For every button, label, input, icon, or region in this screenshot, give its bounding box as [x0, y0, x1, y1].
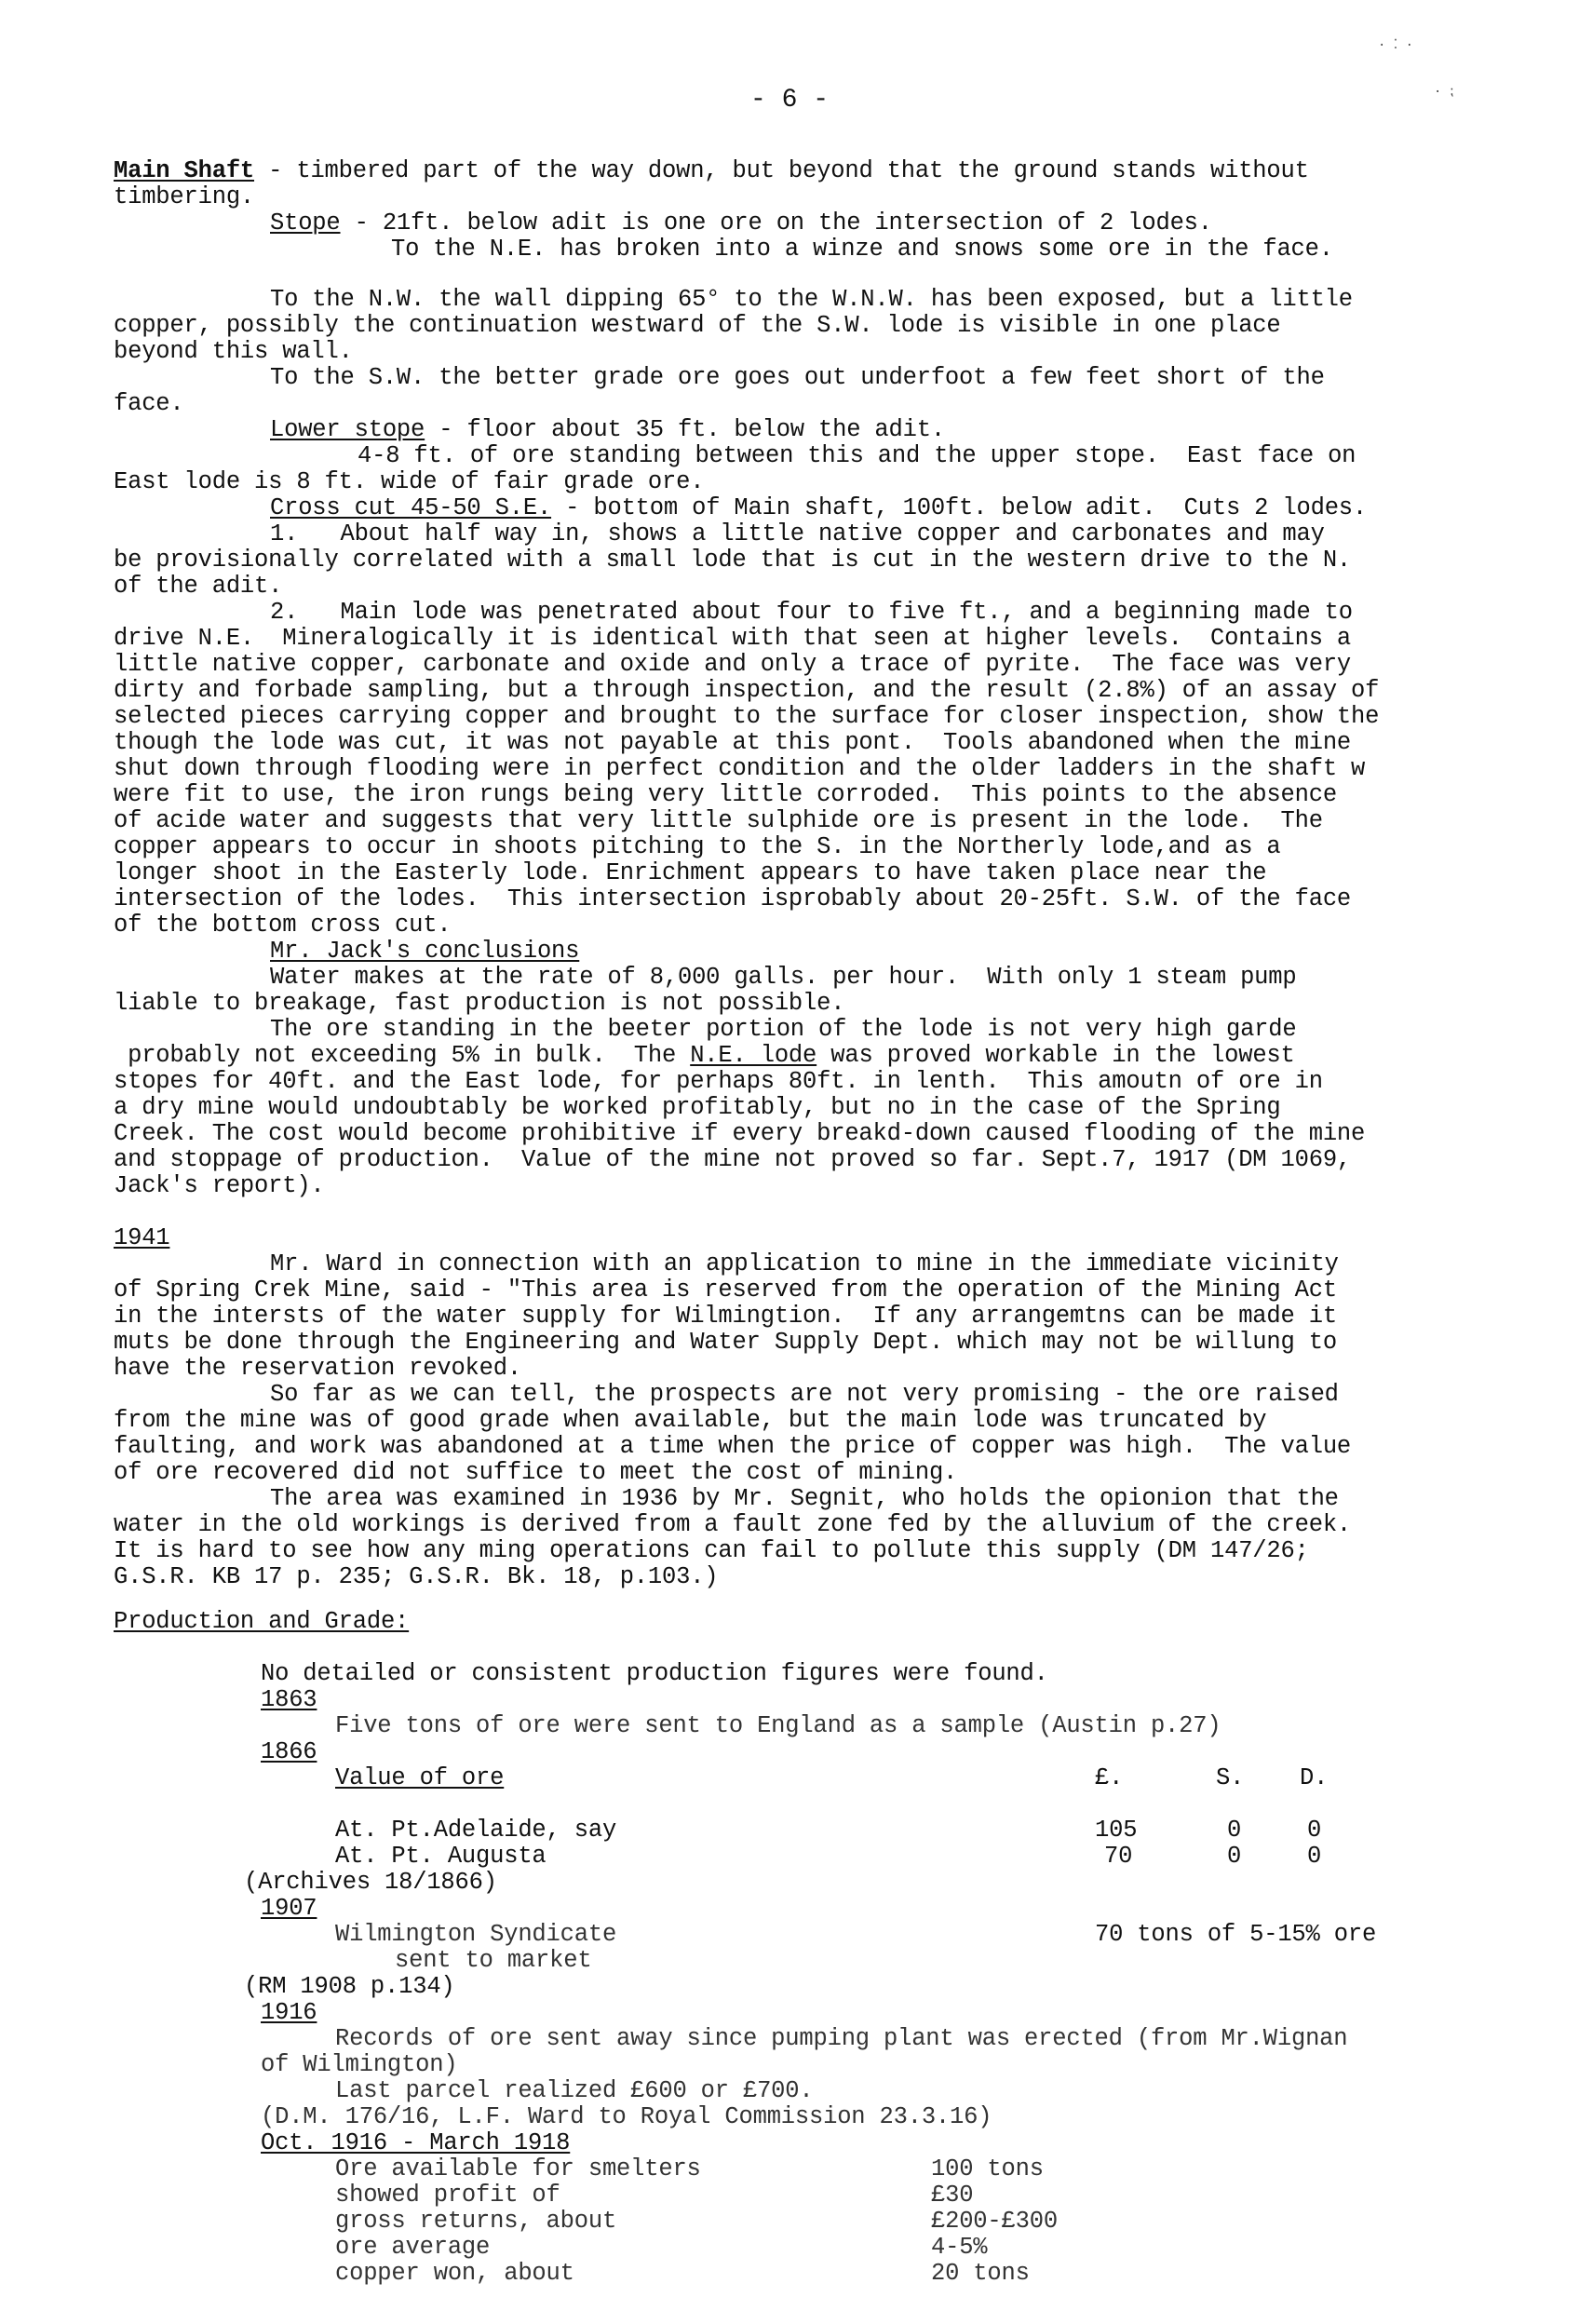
paragraph-line: probably not exceeding 5% in bulk. The N…: [114, 1043, 1295, 1069]
paragraph-line: liable to breakage, fast production is n…: [114, 991, 844, 1017]
table-cell: £200-£300: [931, 2209, 1058, 2235]
stope-heading: Stope: [270, 209, 341, 236]
production-heading: Production and Grade:: [114, 1609, 409, 1635]
year-1863: 1863: [261, 1687, 317, 1713]
paragraph-line: of the adit.: [114, 574, 282, 600]
year-1907-text: Wilmington Syndicate: [335, 1922, 616, 1948]
year-1916-text: Records of ore sent away since pumping p…: [335, 2026, 1347, 2052]
paragraph-line: 1. About half way in, shows a little nat…: [270, 521, 1325, 547]
year-1863-text: Five tons of ore were sent to England as…: [335, 1713, 1221, 1739]
col-shillings: S.: [1216, 1765, 1244, 1791]
table-cell: 105: [1095, 1817, 1137, 1844]
table-row-label: copper won, about: [335, 2261, 574, 2287]
paragraph-line: and stoppage of production. Value of the…: [114, 1147, 1351, 1173]
table-row-label: gross returns, about: [335, 2209, 616, 2235]
table-row-label: Ore available for smelters: [335, 2156, 701, 2182]
paragraph-line: of Spring Crek Mine, said - "This area i…: [114, 1277, 1337, 1304]
paragraph-line: in the intersts of the water supply for …: [114, 1304, 1337, 1330]
paragraph-line: 4-8 ft. of ore standing between this and…: [358, 443, 1356, 469]
year-1941-heading: 1941: [114, 1225, 169, 1251]
year-1907-text: sent to market: [395, 1948, 591, 1974]
paragraph-line: 2. Main lode was penetrated about four t…: [270, 600, 1353, 626]
year-1916-ref: (D.M. 176/16, L.F. Ward to Royal Commiss…: [261, 2104, 992, 2130]
paragraph-line: beyond this wall.: [114, 339, 353, 365]
paragraph-line: muts be done through the Engineering and…: [114, 1330, 1337, 1356]
main-shaft-line-2: timbering.: [114, 184, 254, 210]
paragraph-line: drive N.E. Mineralogically it is identic…: [114, 626, 1351, 652]
year-1916: 1916: [261, 2000, 317, 2026]
paragraph-line: It is hard to see how any ming operation…: [114, 1538, 1309, 1564]
paragraph-line: To the S.W. the better grade ore goes ou…: [270, 365, 1325, 391]
year-1916-text: Last parcel realized £600 or £700.: [335, 2078, 814, 2104]
table-cell: 0: [1227, 1844, 1241, 1870]
table-row-label: ore average: [335, 2235, 490, 2261]
year-1866: 1866: [261, 1739, 317, 1765]
year-1907-ref: (RM 1908 p.134): [244, 1974, 455, 2000]
paragraph-line: stopes for 40ft. and the East lode, for …: [114, 1069, 1323, 1095]
paragraph-line: a dry mine would undoubtably be worked p…: [114, 1095, 1281, 1121]
paragraph-line: The ore standing in the beeter portion o…: [270, 1017, 1296, 1043]
col-pounds: £.: [1095, 1765, 1123, 1791]
table-row-label: showed profit of: [335, 2182, 560, 2209]
paragraph-line: The area was examined in 1936 by Mr. Seg…: [270, 1486, 1339, 1512]
paragraph-line: of acide water and suggests that very li…: [114, 808, 1323, 834]
archives-ref: (Archives 18/1866): [244, 1870, 497, 1896]
year-1916-text: of Wilmington): [261, 2052, 457, 2078]
paragraph-line: of the bottom cross cut.: [114, 912, 451, 939]
paragraph-line: be provisionally correlated with a small…: [114, 547, 1351, 574]
period-heading: Oct. 1916 - March 1918: [261, 2130, 570, 2156]
paragraph-line: water in the old workings is derived fro…: [114, 1512, 1351, 1538]
paragraph-line: faulting, and work was abandoned at a ti…: [114, 1434, 1351, 1460]
paragraph-line: of ore recovered did not suffice to meet…: [114, 1460, 957, 1486]
main-shaft-line-1: Main Shaft - timbered part of the way do…: [114, 158, 1309, 184]
paragraph-line: So far as we can tell, the prospects are…: [270, 1382, 1339, 1408]
stope-line-1: Stope - 21ft. below adit is one ore on t…: [270, 210, 1212, 236]
page-number: - 6 -: [0, 86, 1579, 115]
stope-line-2: To the N.E. has broken into a winze and …: [391, 236, 1333, 263]
col-pence: D.: [1300, 1765, 1328, 1791]
lower-stope-heading: Lower stope: [270, 416, 425, 443]
paragraph-line: were fit to use, the iron rungs being ve…: [114, 782, 1337, 808]
paragraph-line: East lode is 8 ft. wide of fair grade or…: [114, 469, 704, 495]
table-cell: 4-5%: [931, 2235, 987, 2261]
lower-stope-line-1: Lower stope - floor about 35 ft. below t…: [270, 417, 945, 443]
cross-cut-heading: Cross cut 45-50 S.E.: [270, 494, 551, 521]
paragraph-line: To the N.W. the wall dipping 65° to the …: [270, 287, 1353, 313]
paragraph-line: G.S.R. KB 17 p. 235; G.S.R. Bk. 18, p.10…: [114, 1564, 718, 1590]
year-1907-value: 70 tons of 5-15% ore: [1095, 1922, 1376, 1948]
paragraph-line: selected pieces carrying copper and brou…: [114, 704, 1379, 730]
paragraph-line: copper, possibly the continuation westwa…: [114, 313, 1281, 339]
cross-cut-line-1: Cross cut 45-50 S.E. - bottom of Main sh…: [270, 495, 1367, 521]
table-cell: 100 tons: [931, 2156, 1044, 2182]
document-page: - 6 - · ⁚ · · ⁏ Main Shaft - timbered pa…: [0, 0, 1579, 2324]
year-1907: 1907: [261, 1896, 317, 1922]
paragraph-line: little native copper, carbonate and oxid…: [114, 652, 1351, 678]
table-cell: £30: [931, 2182, 973, 2209]
scan-speckle: · ⁚ ·: [1378, 37, 1413, 53]
table-cell: 20 tons: [931, 2261, 1030, 2287]
table-cell: 0: [1227, 1817, 1241, 1844]
main-shaft-heading: Main Shaft: [114, 157, 254, 184]
paragraph-line: shut down through flooding were in perfe…: [114, 756, 1365, 782]
paragraph-line: Water makes at the rate of 8,000 galls. …: [270, 965, 1296, 991]
paragraph-line: though the lode was cut, it was not paya…: [114, 730, 1351, 756]
jack-heading: Mr. Jack's conclusions: [270, 939, 579, 965]
paragraph-line: longer shoot in the Easterly lode. Enric…: [114, 860, 1266, 886]
paragraph-line: dirty and forbade sampling, but a throug…: [114, 678, 1379, 704]
table-cell: 0: [1307, 1844, 1321, 1870]
paragraph-line: from the mine was of good grade when ava…: [114, 1408, 1266, 1434]
paragraph-line: copper appears to occur in shoots pitchi…: [114, 834, 1281, 860]
paragraph-line: have the reservation revoked.: [114, 1356, 521, 1382]
paragraph-line: intersection of the lodes. This intersec…: [114, 886, 1351, 912]
table-cell: 0: [1307, 1817, 1321, 1844]
scan-speckle: · ⁏: [1434, 84, 1454, 100]
paragraph-line: Mr. Ward in connection with an applicati…: [270, 1251, 1339, 1277]
value-of-ore-heading: Value of ore: [335, 1765, 504, 1791]
table-row-label: At. Pt. Augusta: [335, 1844, 547, 1870]
table-row-label: At. Pt.Adelaide, say: [335, 1817, 616, 1844]
paragraph-line: face.: [114, 391, 184, 417]
paragraph-line: Jack's report).: [114, 1173, 325, 1199]
table-cell: 70: [1104, 1844, 1132, 1870]
paragraph-line: Creek. The cost would become prohibitive…: [114, 1121, 1365, 1147]
production-intro: No detailed or consistent production fig…: [261, 1661, 1048, 1687]
